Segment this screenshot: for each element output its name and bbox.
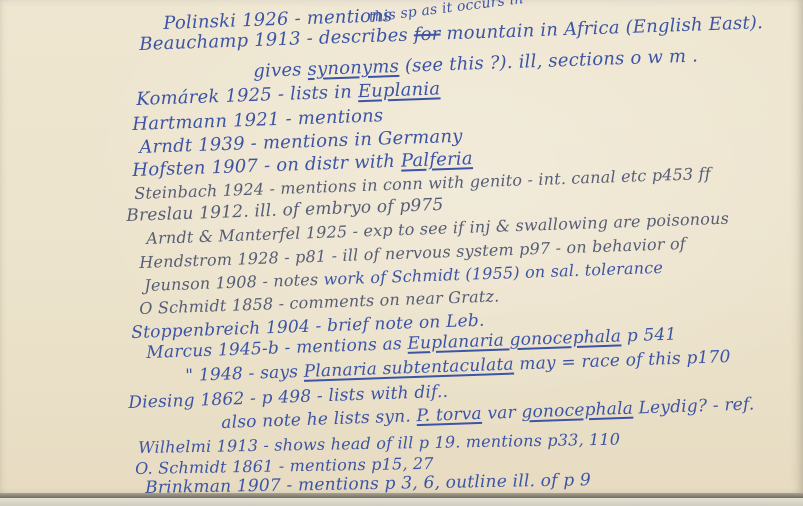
index-card: Polinski 1926 - mentionsthis sp as it oc… <box>0 0 803 494</box>
handwritten-line: gives synonyms (see this ?). ill, sectio… <box>253 45 698 82</box>
handwriting-segment: Euplania <box>358 78 441 102</box>
handwriting-segment: also note he lists syn. <box>221 406 417 433</box>
handwriting-segment: Planaria subtentaculata <box>303 355 514 382</box>
handwriting-segment: " 1948 - says <box>185 362 304 386</box>
handwritten-line: Wilhelmi 1913 - shows head of ill p 19. … <box>138 430 620 457</box>
handwriting-segment: Wilhelmi 1913 - shows head of ill p 19. … <box>138 430 620 457</box>
handwriting-segment: p 541 <box>621 324 677 346</box>
handwriting-segment: mountain in Africa (English East). <box>440 12 763 44</box>
handwriting-segment: Jeunson 1908 - notes <box>144 270 324 295</box>
handwriting-segment: may = race of this p170 <box>513 347 731 375</box>
handwriting-segment: for <box>413 23 440 45</box>
handwriting-segment: Palferia <box>401 148 474 171</box>
handwriting-segment: Leydig? - ref. <box>633 394 755 418</box>
handwritten-line: Komárek 1925 - lists in Euplania <box>136 78 441 110</box>
handwriting-segment: gonocephala <box>521 399 633 423</box>
background-surface <box>0 498 803 506</box>
handwriting-segment: (see this ?). ill, sections o w m . <box>399 45 699 76</box>
handwriting-layer: Polinski 1926 - mentionsthis sp as it oc… <box>0 0 803 494</box>
handwriting-segment: var <box>481 403 521 424</box>
handwriting-segment: Komárek 1925 - lists in <box>136 81 358 110</box>
handwriting-segment: gives <box>253 59 308 82</box>
handwriting-segment: synonyms <box>307 56 399 80</box>
handwriting-segment: P. torva <box>416 404 482 426</box>
scanned-card-photo: Polinski 1926 - mentionsthis sp as it oc… <box>0 0 803 506</box>
